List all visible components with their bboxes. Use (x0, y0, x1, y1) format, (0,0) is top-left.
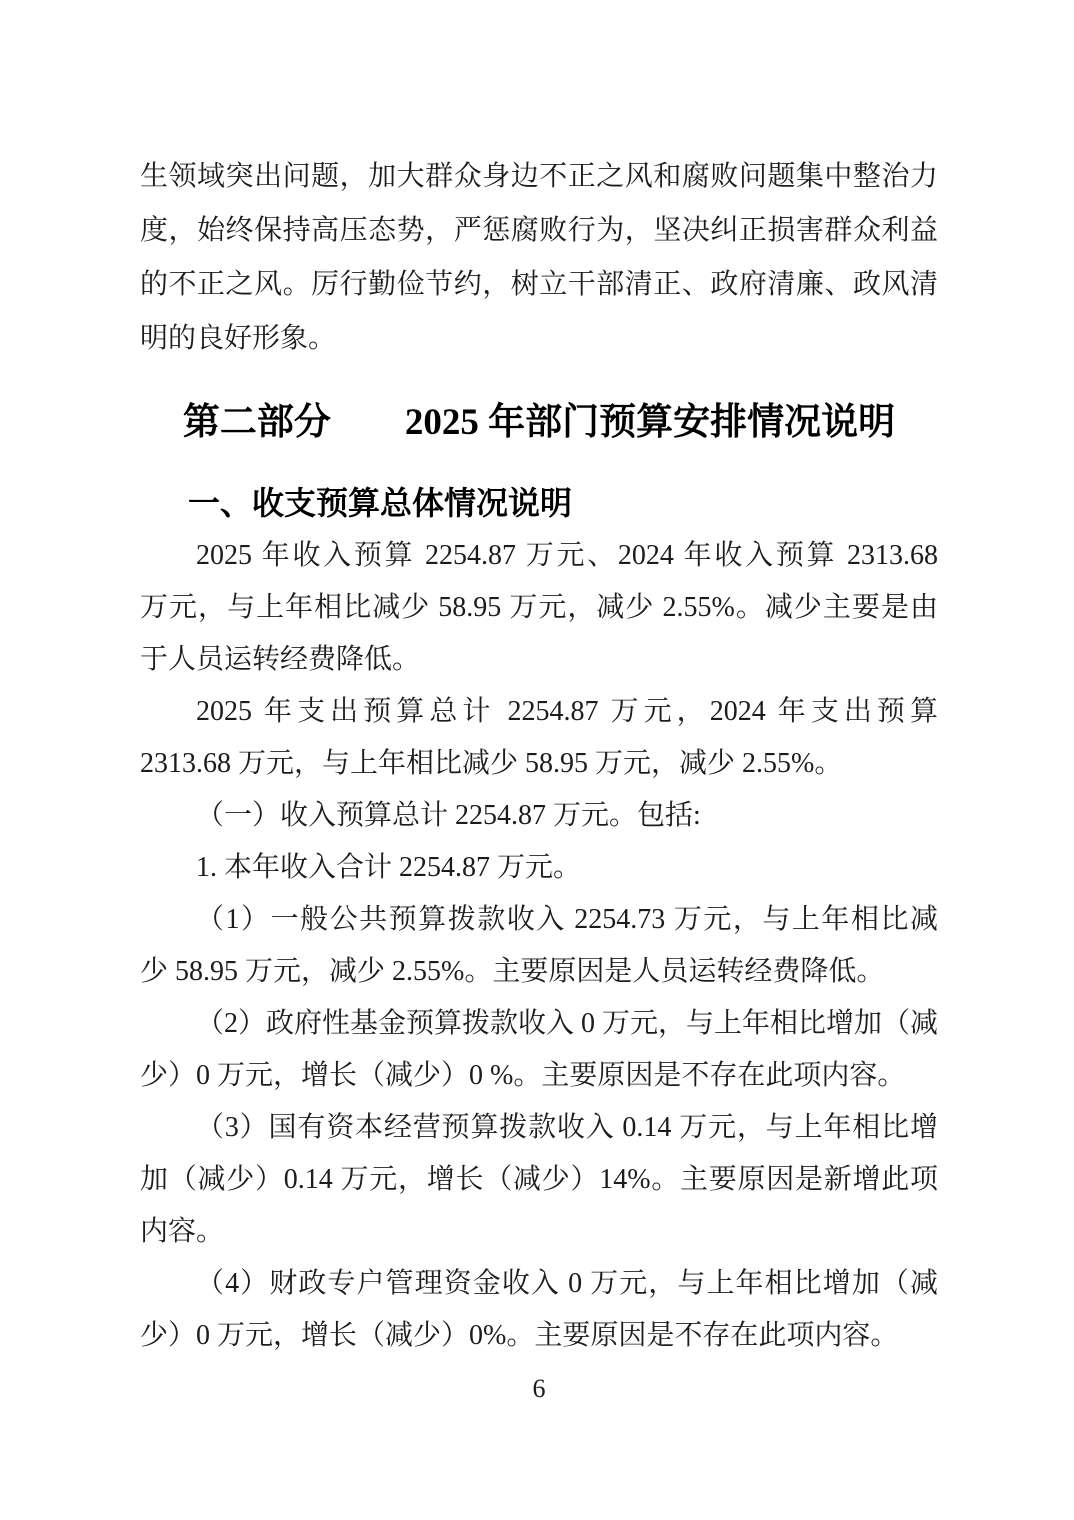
subsection-heading: 一、收支预算总体情况说明 (140, 476, 938, 530)
section-heading: 第二部分 2025 年部门预算安排情况说明 (140, 392, 938, 454)
text-line: 少 58.95 万元，减少 2.55%。主要原因是人员运转经费降低。 (140, 946, 938, 998)
text-line: 2025 年收入预算 2254.87 万元、2024 年收入预算 2313.68 (140, 530, 938, 582)
paragraph-government-fund-budget: （2）政府性基金预算拨款收入 0 万元，与上年相比增加（减 少）0 万元，增长（… (140, 998, 938, 1102)
text-line: 内容。 (140, 1206, 938, 1258)
text-line: （4）财政专户管理资金收入 0 万元，与上年相比增加（减 (140, 1258, 938, 1310)
text-line: 明的良好形象。 (140, 312, 938, 366)
text-line: 加（减少）0.14 万元，增长（减少）14%。主要原因是新增此项 (140, 1154, 938, 1206)
text-line: 万元，与上年相比减少 58.95 万元，减少 2.55%。减少主要是由 (140, 582, 938, 634)
text-line: （2）政府性基金预算拨款收入 0 万元，与上年相比增加（减 (140, 998, 938, 1050)
text-line: 2025 年支出预算总计 2254.87 万元，2024 年支出预算 (140, 686, 938, 738)
paragraph-state-capital-budget: （3）国有资本经营预算拨款收入 0.14 万元，与上年相比增 加（减少）0.14… (140, 1102, 938, 1258)
paragraph-general-public-budget: （1）一般公共预算拨款收入 2254.73 万元，与上年相比减 少 58.95 … (140, 894, 938, 998)
text-line: 生领域突出问题，加大群众身边不正之风和腐败问题集中整治力 (140, 150, 938, 204)
text-line: 2313.68 万元，与上年相比减少 58.95 万元，减少 2.55%。 (140, 738, 938, 790)
paragraph-income-total: （一）收入预算总计 2254.87 万元。包括: (140, 790, 938, 842)
text-line: 少）0 万元，增长（减少）0%。主要原因是不存在此项内容。 (140, 1310, 938, 1362)
text-line: 1. 本年收入合计 2254.87 万元。 (140, 842, 938, 894)
page-number: 6 (140, 1374, 938, 1404)
text-line: 少）0 万元，增长（减少）0 %。主要原因是不存在此项内容。 (140, 1050, 938, 1102)
intro-paragraph: 生领域突出问题，加大群众身边不正之风和腐败问题集中整治力 度，始终保持高压态势，… (140, 150, 938, 366)
text-line: （1）一般公共预算拨款收入 2254.73 万元，与上年相比减 (140, 894, 938, 946)
paragraph-fiscal-special-account: （4）财政专户管理资金收入 0 万元，与上年相比增加（减 少）0 万元，增长（减… (140, 1258, 938, 1362)
text-line: （3）国有资本经营预算拨款收入 0.14 万元，与上年相比增 (140, 1102, 938, 1154)
paragraph-expenditure-budget: 2025 年支出预算总计 2254.87 万元，2024 年支出预算 2313.… (140, 686, 938, 790)
text-line: （一）收入预算总计 2254.87 万元。包括: (140, 790, 938, 842)
text-line: 于人员运转经费降低。 (140, 634, 938, 686)
document-page: 生领域突出问题，加大群众身边不正之风和腐败问题集中整治力 度，始终保持高压态势，… (0, 0, 1074, 1520)
paragraph-income-budget: 2025 年收入预算 2254.87 万元、2024 年收入预算 2313.68… (140, 530, 938, 686)
paragraph-current-year-income: 1. 本年收入合计 2254.87 万元。 (140, 842, 938, 894)
text-line: 的不正之风。厉行勤俭节约，树立干部清正、政府清廉、政风清 (140, 258, 938, 312)
text-line: 度，始终保持高压态势，严惩腐败行为，坚决纠正损害群众利益 (140, 204, 938, 258)
